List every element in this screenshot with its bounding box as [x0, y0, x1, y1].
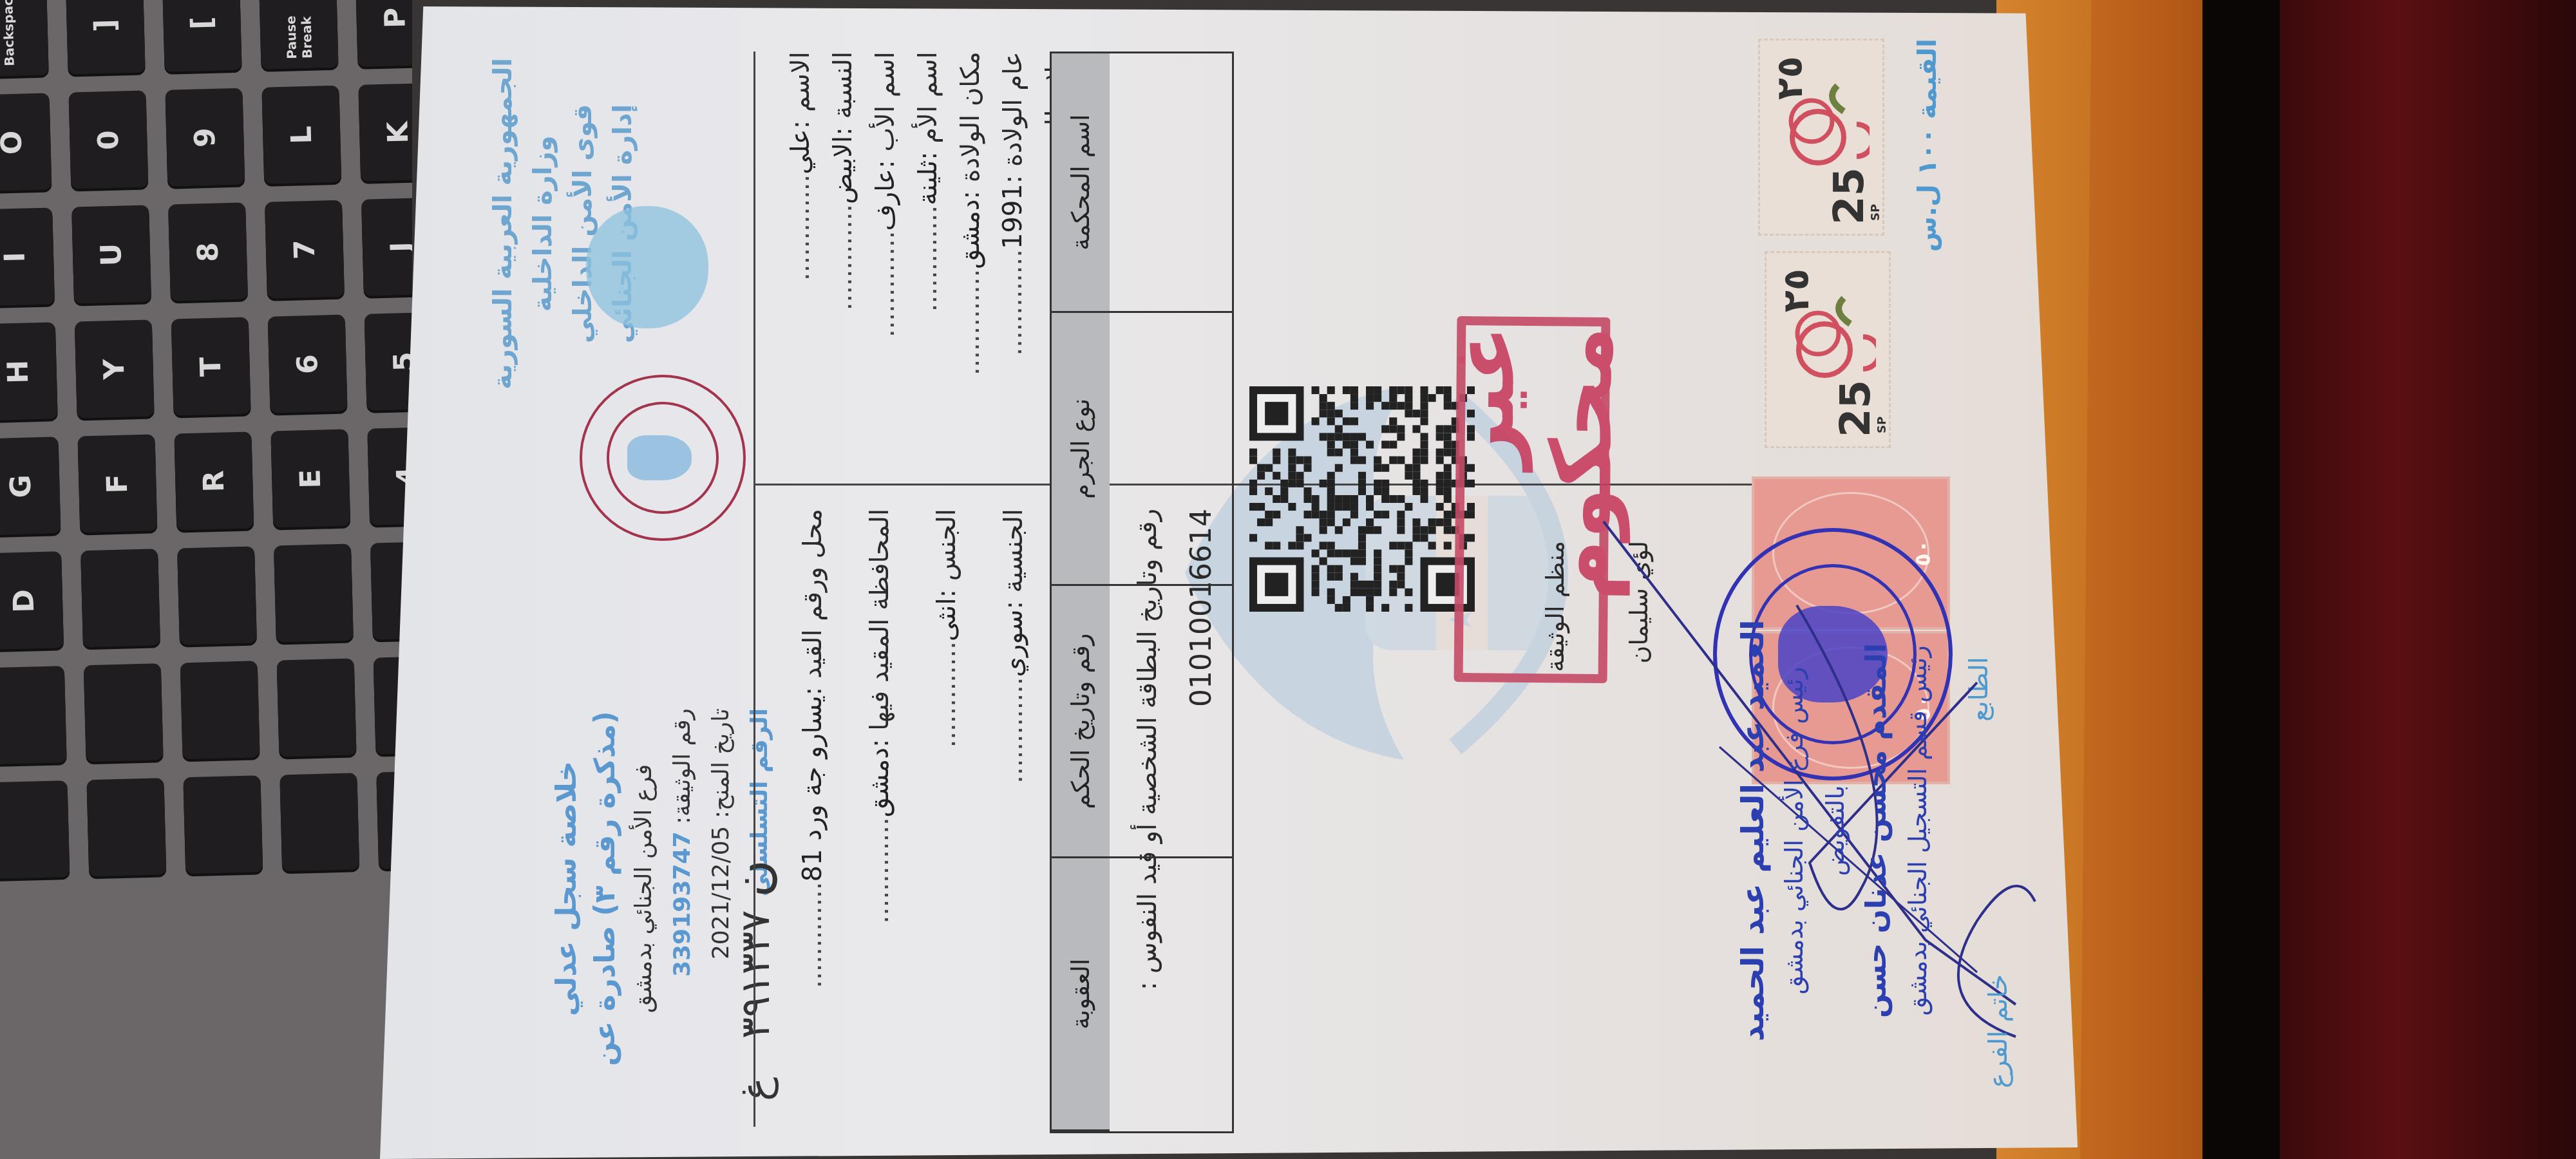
field-value: انثى [932, 598, 961, 641]
flower-crescent-icon [1779, 292, 1876, 388]
ministry-name: وزارة الداخلية [523, 58, 563, 390]
document-price: القيمة ١٠٠ ل.س [1913, 39, 1942, 252]
dotted-line: ............. [932, 641, 961, 748]
table-header-cell: رقم وتاريخ الحكم [1052, 586, 1110, 859]
keyboard-key [0, 780, 70, 879]
serial-number-row: ن ٣٩١٣٣٧ غ [721, 789, 781, 1101]
table-cell-empty [1110, 313, 1232, 586]
field-label: النسبة : [828, 52, 858, 136]
keyboard-key: T [171, 317, 251, 415]
dotted-line: ............. [828, 204, 858, 310]
fee-stamp-1: 25 SP ٢٥ [1758, 39, 1884, 236]
keyboard-key: G [0, 437, 61, 535]
keyboard-key: J [361, 198, 412, 296]
doc-number-row: رقم الوثيقة: 339193747 [663, 708, 702, 1069]
keyboard-key [277, 658, 357, 757]
fee-stamp-value: 25 [1826, 167, 1873, 225]
field-label: عام الولادة : [998, 52, 1028, 184]
eagle-icon [627, 435, 692, 480]
field-value: علي [786, 129, 815, 174]
table-cell-empty [1110, 858, 1232, 1131]
field-row: مكان الولادة :دمشق............. [949, 52, 992, 464]
field-label: المحافظة المقيد فيها : [865, 509, 895, 748]
criminal-record-document: ★ ★ الجمهورية العربية السورية وزارة الدا… [380, 6, 2112, 1159]
fee-stamp-value: 25 [1832, 380, 1880, 437]
dotted-line: ............. [913, 205, 943, 312]
fee-stamp-currency: SP [1875, 417, 1889, 433]
dotted-line: ............. [956, 269, 985, 375]
force-name: قوى الأمن الداخلي [563, 58, 603, 390]
dotted-line: ............. [865, 817, 895, 923]
country-name: الجمهورية العربية السورية [483, 58, 523, 390]
keyboard-key [0, 666, 67, 764]
blue-emblem-seal [586, 206, 708, 328]
fee-stamp-2: 25 SP ٢٥ [1765, 251, 1891, 448]
table-cell-empty [1110, 53, 1232, 313]
keyboard-key [274, 543, 354, 642]
head-name: العميد عبد العليم عبد الحميد [1732, 541, 1774, 1120]
field-label: اسم الأب : [871, 52, 900, 169]
field-row: الجنسية :سوري............. [980, 509, 1047, 1101]
document-title: خلاصة سجل عدلي (مذكرة رقم ٣) صادرة عن [547, 708, 625, 1069]
document-content: ★ ★ الجمهورية العربية السورية وزارة الدا… [393, 13, 2067, 1159]
keyboard-key [177, 546, 257, 645]
table-header-cell: نوع الجرم [1052, 313, 1110, 586]
keyboard-key [279, 773, 359, 871]
field-row: اسم الأب :عارف............. [864, 52, 907, 464]
table-header-cell: العقوبة [1052, 858, 1110, 1131]
field-value: دمشق [865, 748, 895, 817]
person-fields: الاسم :علي.............النسبة :الابيض...… [779, 52, 1077, 464]
field-label: الجنس : [932, 509, 961, 598]
keyboard-key: 6 [268, 315, 348, 413]
fee-stamp-currency: SP [1869, 204, 1882, 221]
keyboard-key: I [0, 207, 55, 306]
red-fabric [2280, 0, 2576, 1159]
field-label: اسم الأم : [913, 52, 943, 160]
issuing-branch: فرع الأمن الجنائي بدمشق [625, 708, 663, 1069]
field-label: مكان الولادة : [956, 52, 985, 200]
signatory-block: العميد عبد العليم عبد الحميد رئيس فرع ال… [1732, 541, 1938, 1120]
doc-number-label: رقم الوثيقة [669, 708, 696, 816]
field-label: الاسم : [786, 52, 815, 129]
field-row: الجنس :انثى............. [913, 509, 980, 1101]
keyboard-key: R [174, 431, 254, 530]
keyboard-key [183, 775, 263, 874]
red-circular-emblem-stamp [580, 375, 746, 541]
keyboard-key: P [355, 0, 412, 67]
field-row: الاسم :علي............. [779, 52, 822, 464]
serial-prefix: ن [721, 860, 781, 898]
laptop-keyboard: Backspace][Pause BreakPO09LKIU87JHYT65GF… [0, 0, 412, 1159]
field-label: الجنسية : [999, 509, 1028, 610]
keyboard-key: 8 [168, 203, 248, 301]
field-row: عام الولادة :1991............. [992, 52, 1034, 464]
criminal-record-table: اسم المحكمةنوع الجرمرقم وتاريخ الحكمالعق… [1050, 52, 1234, 1133]
field-row: النسبة :الابيض............. [822, 52, 864, 464]
table-edge [2080, 0, 2222, 1159]
table-cell-empty [1110, 586, 1232, 859]
keyboard-key: E [270, 429, 350, 527]
field-row: المحافظة المقيد فيها :دمشق............. [846, 509, 913, 1101]
flower-crescent-icon [1773, 79, 1870, 176]
field-row: محل ورقم القيد :يسارو جة ورد 81.........… [779, 509, 846, 1101]
keyboard-key: 7 [265, 200, 345, 299]
field-value: يسارو جة ورد 81 [798, 695, 828, 881]
field-label: محل ورقم القيد : [798, 509, 828, 695]
keyboard-key: L [261, 86, 341, 184]
delegate-title: رئيس قسم التسجيل الجنائي بدمشق [1897, 541, 1938, 1120]
field-value: عارف [871, 169, 900, 231]
keyboard-key: 0 [68, 91, 148, 189]
field-row: اسم الأم :ثلينة............. [907, 52, 949, 464]
keyboard-key: O [0, 93, 52, 191]
head-title: رئيس فرع الأمن الجنائي بدمشق [1774, 541, 1815, 1120]
keyboard-key: K [358, 83, 412, 182]
keyboard-key: Y [75, 319, 155, 418]
seal-label: خاتم الفرع [1984, 974, 2013, 1088]
dotted-line: ............. [871, 231, 900, 337]
keyboard-key: Backspace [0, 0, 49, 77]
keyboard-key: H [0, 322, 58, 420]
doc-number-value: 339193747 [669, 832, 696, 977]
keyboard-key: [ [162, 0, 242, 72]
field-value: الابيض [828, 136, 858, 204]
table-header-cell: اسم المحكمة [1052, 53, 1110, 313]
dotted-line: ............. [998, 249, 1028, 355]
dotted-line: ............. [798, 881, 828, 988]
field-value: سوري [999, 610, 1028, 677]
keyboard-key: F [77, 434, 157, 532]
delegation-text: بالتفويض [1815, 541, 1856, 1120]
delegate-name: المقدم محسن عدنان حسن [1856, 541, 1897, 1120]
keyboard-key [84, 663, 164, 762]
keyboard-key [86, 778, 166, 876]
keyboard-key [80, 549, 160, 647]
dotted-line: ............. [786, 174, 815, 281]
field-value: دمشق [956, 200, 985, 269]
dotted-line: ............. [999, 677, 1028, 783]
keyboard-key [180, 661, 260, 759]
keyboard-key: 5 [365, 312, 412, 411]
header-divider [753, 52, 755, 1127]
keyboard-key: U [71, 205, 151, 303]
keyboard-key: ] [66, 0, 146, 75]
key-grid: Backspace][Pause BreakPO09LKIU87JHYT65GF… [0, 0, 412, 879]
field-value: ثلينة [913, 160, 943, 205]
shadow-gap [2202, 0, 2293, 1159]
field-value: 1991 [998, 184, 1028, 249]
keyboard-key: Pause Break [259, 0, 339, 70]
keyboard-key: D [0, 551, 64, 650]
keyboard-key: 9 [165, 88, 245, 187]
